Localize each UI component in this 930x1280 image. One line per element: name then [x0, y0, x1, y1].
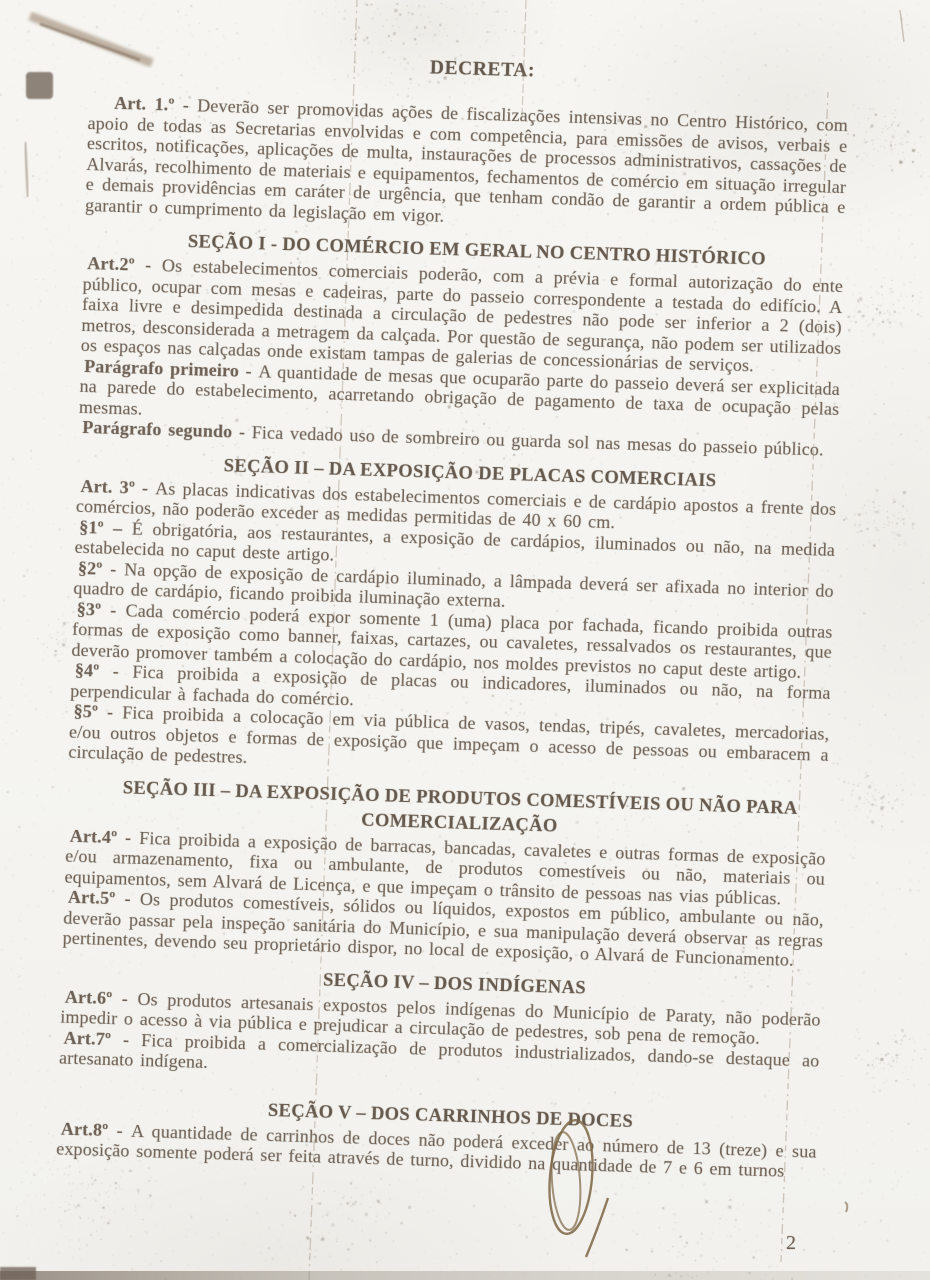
document-paragraph: Art. 1.º - Deverão ser promovidas ações …: [85, 92, 848, 238]
article-label: Parágrafo primeiro -: [84, 355, 259, 380]
article-label: §1º –: [79, 516, 132, 538]
article-label: §5º -: [73, 701, 122, 722]
article-label: Art. 1.º -: [114, 93, 198, 116]
page-number: 2: [786, 1232, 796, 1255]
article-label: Art.5º -: [68, 887, 141, 909]
scan-page: { "document": { "page_number": "2", "blo…: [0, 0, 930, 1280]
article-label: Parágrafo segundo -: [82, 417, 252, 442]
article-label: Art.8º -: [61, 1118, 132, 1140]
article-label: Art.4º -: [70, 825, 140, 847]
article-label: Art. 3º -: [80, 475, 155, 497]
article-label: §2º -: [78, 557, 125, 578]
article-label: §4º -: [75, 660, 133, 682]
article-label: Art.7º -: [63, 1027, 141, 1049]
document-body: DECRETA:Art. 1.º - Deverão ser promovida…: [56, 46, 850, 1182]
article-label: §3º -: [77, 598, 126, 619]
article-label: Art.6º -: [65, 986, 138, 1008]
article-label: Art.2º -: [87, 253, 162, 275]
